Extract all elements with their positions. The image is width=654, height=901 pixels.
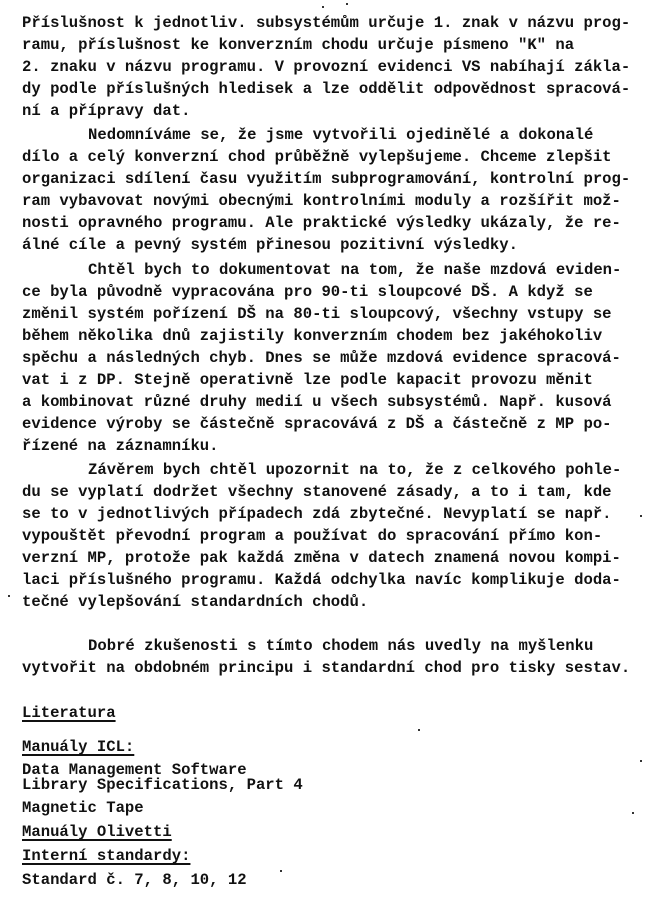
reference-group-title: Manuály Olivetti (22, 823, 172, 841)
scan-speck (640, 760, 642, 762)
text-line: ní a přípravy dat. (22, 102, 190, 120)
text-line: a kombinovat různé druhy medií u všech s… (22, 393, 612, 411)
reference-item: Standard č. 7, 8, 10, 12 (22, 871, 247, 889)
literature-heading: Literatura (22, 704, 116, 722)
text-line: ram vybavovat novými obecnými kontrolním… (22, 192, 621, 210)
text-line: organizaci sdílení času využitím subprog… (22, 170, 630, 188)
text-line: vat i z DP. Stejně operativně lze podle … (22, 371, 593, 389)
scan-speck (280, 870, 282, 872)
text-line: vytvořit na obdobném principu i standard… (22, 659, 630, 677)
text-line: laci příslušného programu. Každá odchylk… (22, 571, 621, 589)
text-line: Nedomníváme se, že jsme vytvořili ojedin… (88, 126, 593, 144)
text-line: spěchu a následných chyb. Dnes se může m… (22, 349, 621, 367)
scan-speck (418, 729, 420, 731)
scan-speck (8, 595, 10, 597)
text-line: dílo a celý konverzní chod průběžně vyle… (22, 148, 612, 166)
text-line: během několika dnů zajistily konverzním … (22, 327, 602, 345)
text-line: Chtěl bych to dokumentovat na tom, že na… (88, 261, 621, 279)
text-line: vypouštět převodní program a používat do… (22, 527, 602, 545)
scan-speck (322, 6, 324, 8)
text-line: du se vyplatí dodržet všechny stanovené … (22, 483, 612, 501)
text-line: Závěrem bych chtěl upozornit na to, že z… (88, 461, 621, 479)
reference-item: Magnetic Tape (22, 799, 144, 817)
text-line: tečné vylepšování standardních chodů. (22, 593, 368, 611)
scan-speck (640, 515, 642, 517)
text-line: álné cíle a pevný systém přinesou poziti… (22, 236, 518, 254)
text-line: dy podle příslušných hledisek a lze oddě… (22, 80, 630, 98)
scan-speck (632, 812, 634, 814)
document-page: Příslušnost k jednotliv. subsystémům urč… (0, 0, 654, 901)
text-line: řízené na záznamníku. (22, 437, 219, 455)
text-line: se to v jednotlivých případech zdá zbyte… (22, 505, 612, 523)
text-line: ramu, příslušnost ke konverzním chodu ur… (22, 36, 574, 54)
text-line: ce byla původně vypracována pro 90-ti sl… (22, 283, 593, 301)
text-line: Příslušnost k jednotliv. subsystémům urč… (22, 14, 630, 32)
text-line: verzní MP, protože pak každá změna v dat… (22, 549, 621, 567)
text-line: nosti opravného programu. Ale praktické … (22, 214, 621, 232)
scan-speck (346, 3, 348, 5)
reference-item: Library Specifications, Part 4 (22, 776, 303, 794)
text-line: změnil systém pořízení DŠ na 80-ti sloup… (22, 305, 612, 323)
text-line: Dobré zkušenosti s tímto chodem nás uved… (88, 637, 593, 655)
text-line: 2. znaku v názvu programu. V provozní ev… (22, 58, 630, 76)
reference-group-title: Manuály ICL: (22, 738, 134, 756)
reference-group-title: Interní standardy: (22, 847, 190, 865)
text-line: evidence výroby se částečně spracovává z… (22, 415, 612, 433)
